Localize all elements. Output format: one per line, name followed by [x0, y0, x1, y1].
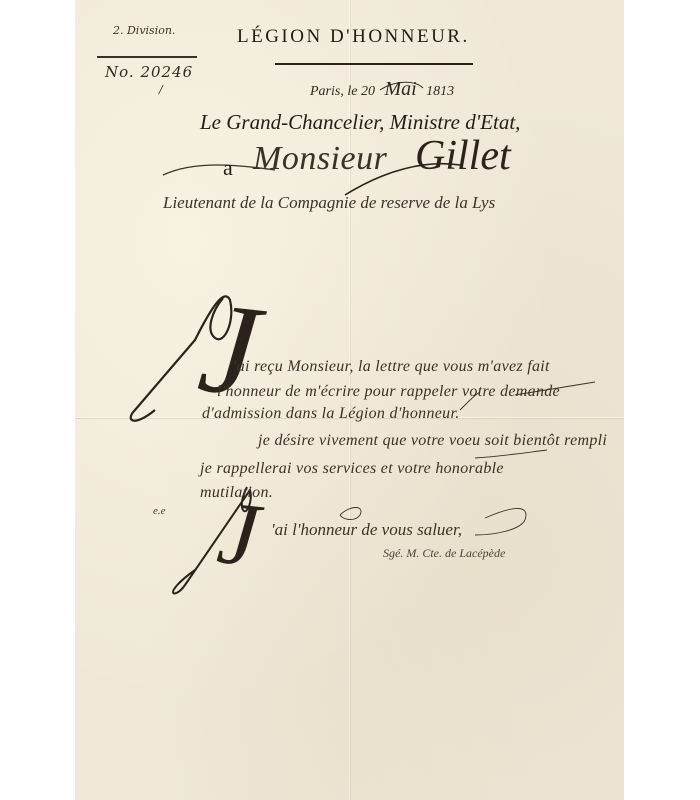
margin-note: e.e: [153, 505, 166, 517]
body-line-3: d'admission dans la Légion d'honneur.: [202, 405, 460, 423]
addressee-prefix: a: [223, 155, 233, 181]
registry-number-prefix: No.: [105, 63, 135, 81]
body-line-4: je désire vivement que votre voeu soit b…: [258, 432, 607, 450]
addressee-rank: Lieutenant de la Compagnie de reserve de…: [163, 193, 495, 213]
body-line-1: 'ai reçu Monsieur, la lettre que vous m'…: [233, 358, 550, 376]
closing-initial: J: [214, 488, 263, 582]
place-label: Paris, le: [310, 84, 357, 99]
closing-line: 'ai l'honneur de vous saluer,: [271, 520, 462, 540]
division-label: 2. Division.: [113, 24, 175, 37]
date-day: 20: [361, 84, 375, 99]
date-year: 1813: [426, 84, 454, 99]
registry-number-value: 20246: [140, 63, 193, 81]
registry-number-mark: /: [159, 83, 163, 96]
letterhead-title: LÉGION D'HONNEUR.: [237, 26, 470, 48]
letter-paper: 2. Division. No. 20246 / LÉGION D'HONNEU…: [75, 0, 624, 800]
addressee-name: Gillet: [415, 132, 511, 180]
letterhead-rule: [275, 63, 473, 65]
body-line-2: l'honneur de m'écrire pour rappeler votr…: [217, 383, 560, 401]
date-month: Mai: [384, 78, 416, 100]
division-rule: [97, 56, 197, 58]
signature: Sgé. M. Cte. de Lacépède: [383, 546, 505, 561]
place-date: Paris, le 20 Mai 1813: [310, 78, 454, 101]
registry-number: No. 20246: [105, 63, 193, 81]
body-line-5: je rappellerai vos services et votre hon…: [200, 460, 504, 478]
addressee-salutation: Monsieur: [253, 140, 387, 178]
